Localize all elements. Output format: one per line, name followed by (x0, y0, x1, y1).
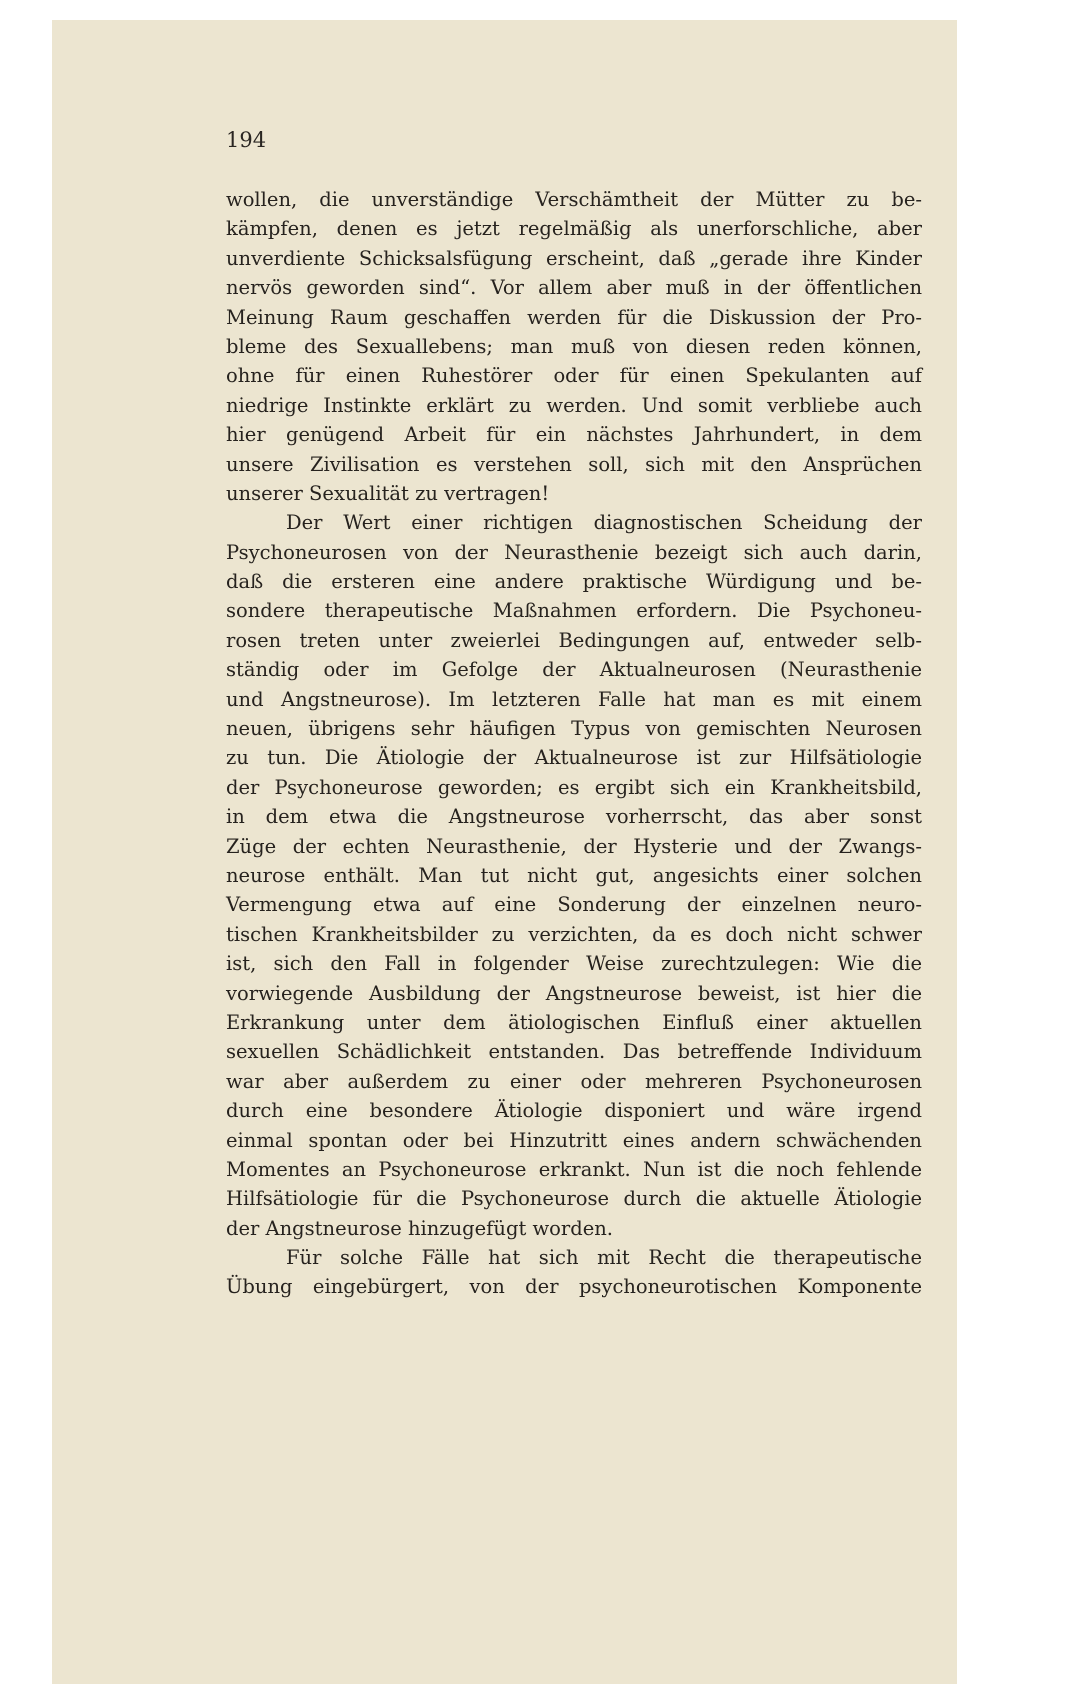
text-line: Momentes an Psychoneurose erkrankt. Nun … (226, 1155, 922, 1184)
text-line: unsere Zivilisation es verstehen soll, s… (226, 450, 922, 479)
text-line: durch eine besondere Ätiologie disponier… (226, 1096, 922, 1125)
text-line: wollen, die unverständige Verschämtheit … (226, 185, 922, 214)
text-line: Übung eingebürgert, von der psychoneurot… (226, 1272, 922, 1301)
body-text: wollen, die unverständige Verschämtheit … (226, 185, 922, 1302)
text-line: war aber außerdem zu einer oder mehreren… (226, 1067, 922, 1096)
text-line: Meinung Raum geschaffen werden für die D… (226, 303, 922, 332)
text-line: der Angstneurose hinzugefügt worden. (226, 1214, 922, 1243)
text-line: bleme des Sexuallebens; man muß von dies… (226, 332, 922, 361)
text-line: nervös geworden sind“. Vor allem aber mu… (226, 273, 922, 302)
text-line: ist, sich den Fall in folgender Weise zu… (226, 949, 922, 978)
text-line: hier genügend Arbeit für ein nächstes Ja… (226, 420, 922, 449)
text-line: Vermengung etwa auf eine Sonderung der e… (226, 890, 922, 919)
text-line: Züge der echten Neurasthenie, der Hyster… (226, 832, 922, 861)
text-line: ständig oder im Gefolge der Aktualneuros… (226, 655, 922, 684)
text-line: Hilfsätiologie für die Psychoneurose dur… (226, 1184, 922, 1213)
text-line: Psychoneurosen von der Neurasthenie beze… (226, 538, 922, 567)
text-line: tischen Krankheitsbilder zu verzichten, … (226, 920, 922, 949)
text-line: unserer Sexualität zu vertragen! (226, 479, 922, 508)
text-line: niedrige Instinkte erklärt zu werden. Un… (226, 391, 922, 420)
text-line: sexuellen Schädlichkeit entstanden. Das … (226, 1037, 922, 1066)
text-line: Für solche Fälle hat sich mit Recht die … (226, 1243, 922, 1272)
text-line: sondere therapeutische Maßnahmen erforde… (226, 596, 922, 625)
text-line: neurose enthält. Man tut nicht gut, ange… (226, 861, 922, 890)
text-line: ohne für einen Ruhestörer oder für einen… (226, 361, 922, 390)
text-line: rosen treten unter zweierlei Bedingungen… (226, 626, 922, 655)
text-line: einmal spontan oder bei Hinzutritt eines… (226, 1126, 922, 1155)
text-line: unverdiente Schicksalsfügung erscheint, … (226, 244, 922, 273)
text-line: der Psychoneurose geworden; es ergibt si… (226, 773, 922, 802)
text-line: zu tun. Die Ätiologie der Aktualneurose … (226, 743, 922, 772)
text-line: in dem etwa die Angstneurose vorherrscht… (226, 802, 922, 831)
text-line: und Angstneurose). Im letzteren Falle ha… (226, 685, 922, 714)
text-line: Der Wert einer richtigen diagnostischen … (226, 508, 922, 537)
text-line: kämpfen, denen es jetzt regelmäßig als u… (226, 214, 922, 243)
text-line: daß die ersteren eine andere praktische … (226, 567, 922, 596)
text-line: Erkrankung unter dem ätiologischen Einfl… (226, 1008, 922, 1037)
text-line: vorwiegende Ausbildung der Angstneurose … (226, 979, 922, 1008)
page-number: 194 (226, 128, 266, 152)
text-line: neuen, übrigens sehr häufigen Typus von … (226, 714, 922, 743)
